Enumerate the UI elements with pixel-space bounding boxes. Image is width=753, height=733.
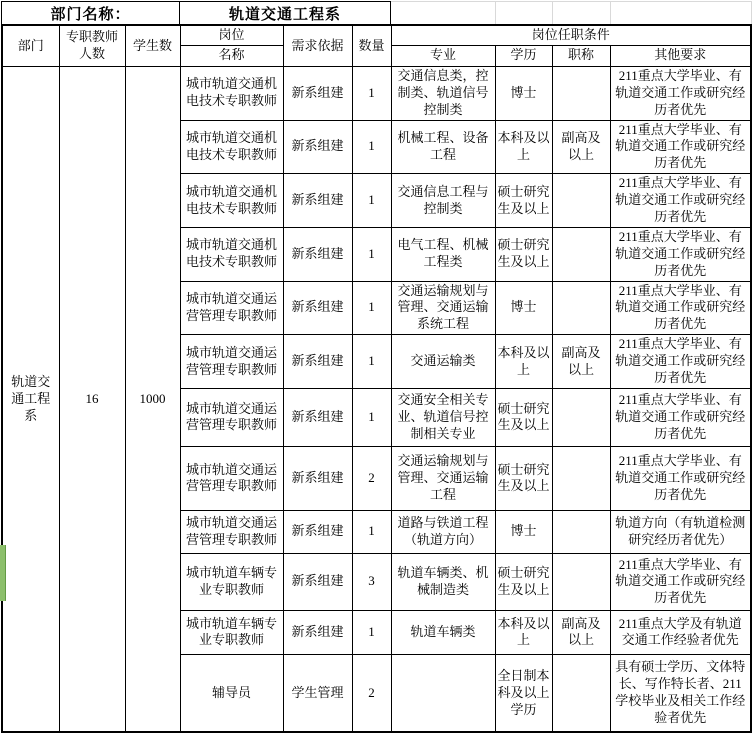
header-student-count: 学生数 — [125, 25, 180, 66]
basis-cell: 新系组建 — [283, 510, 352, 553]
prof-title-cell — [552, 174, 610, 228]
header-degree: 学历 — [495, 45, 552, 66]
header-row-1: 部门 专职教师人数 学生数 岗位 需求依据 数量 岗位任职条件 — [2, 25, 751, 45]
header-basis: 需求依据 — [283, 25, 352, 66]
other-req-cell: 211重点大学及有轨道交通工作经验者优先 — [610, 610, 751, 654]
major-cell: 交通安全相关专业、轨道信号控制相关专业 — [391, 388, 495, 446]
qty-cell: 1 — [352, 335, 391, 389]
prof-title-cell: 副高及以上 — [552, 335, 610, 389]
prof-title-cell — [552, 281, 610, 335]
position-cell: 城市轨道车辆专业专职教师 — [180, 610, 283, 654]
major-cell: 道路与铁道工程（轨道方向） — [391, 510, 495, 553]
degree-cell: 硕士研究生及以上 — [495, 388, 552, 446]
prof-title-cell — [552, 654, 610, 729]
basis-cell: 新系组建 — [283, 335, 352, 389]
degree-cell: 本科及以上 — [495, 120, 552, 174]
qty-cell: 2 — [352, 654, 391, 729]
basis-cell: 新系组建 — [283, 174, 352, 228]
basis-cell: 新系组建 — [283, 610, 352, 654]
qty-cell: 1 — [352, 610, 391, 654]
degree-cell: 博士 — [495, 281, 552, 335]
position-cell: 城市轨道交通运营管理专职教师 — [180, 388, 283, 446]
qty-cell: 1 — [352, 388, 391, 446]
prof-title-cell — [552, 388, 610, 446]
position-cell: 城市轨道交通机电技术专职教师 — [180, 66, 283, 120]
major-cell: 电气工程、机械工程类 — [391, 227, 495, 281]
major-cell: 轨道车辆类、机械制造类 — [391, 553, 495, 610]
other-req-cell: 211重点大学毕业、有轨道交通工作或研究经历者优先 — [610, 174, 751, 228]
major-cell: 交通运输类 — [391, 335, 495, 389]
grid-ghost-area — [391, 1, 752, 24]
prof-title-cell — [552, 66, 610, 120]
prof-title-cell — [552, 227, 610, 281]
qty-cell: 1 — [352, 281, 391, 335]
basis-cell: 新系组建 — [283, 227, 352, 281]
header-department: 部门 — [2, 25, 59, 66]
other-req-cell: 211重点大学毕业、有轨道交通工作或研究经历者优先 — [610, 335, 751, 389]
basis-cell: 新系组建 — [283, 120, 352, 174]
qty-cell: 1 — [352, 120, 391, 174]
degree-cell: 本科及以上 — [495, 610, 552, 654]
qty-cell: 2 — [352, 446, 391, 510]
basis-cell: 新系组建 — [283, 281, 352, 335]
prof-title-cell — [552, 553, 610, 610]
major-cell: 交通信息类，控制类、轨道信号控制类 — [391, 66, 495, 120]
qty-cell: 1 — [352, 174, 391, 228]
position-cell: 城市轨道交通运营管理专职教师 — [180, 281, 283, 335]
other-req-cell: 211重点大学毕业、有轨道交通工作或研究经历者优先 — [610, 120, 751, 174]
degree-cell: 本科及以上 — [495, 335, 552, 389]
position-cell: 城市轨道交通机电技术专职教师 — [180, 120, 283, 174]
summary-teacher-count-cell: 16 — [59, 66, 125, 729]
prof-title-cell: 副高及以上 — [552, 120, 610, 174]
degree-cell: 博士 — [495, 510, 552, 553]
degree-cell: 博士 — [495, 66, 552, 120]
prof-title-cell: 副高及以上 — [552, 610, 610, 654]
position-cell: 城市轨道交通机电技术专职教师 — [180, 174, 283, 228]
position-cell: 城市轨道交通运营管理专职教师 — [180, 510, 283, 553]
other-req-cell: 211重点大学毕业、有轨道交通工作或研究经历者优先 — [610, 446, 751, 510]
basis-cell: 新系组建 — [283, 66, 352, 120]
other-req-cell: 211重点大学毕业、有轨道交通工作或研究经历者优先 — [610, 66, 751, 120]
header-post-name: 名称 — [180, 45, 283, 66]
major-cell — [391, 654, 495, 729]
header-major: 专业 — [391, 45, 495, 66]
dept-name-label: 部门名称： — [1, 1, 180, 24]
other-req-cell: 具有硕士学历、文体特长、写作特长者、211学校毕业及相关工作经验者优先 — [610, 654, 751, 729]
position-cell: 城市轨道交通机电技术专职教师 — [180, 227, 283, 281]
qty-cell: 3 — [352, 553, 391, 610]
header-other: 其他要求 — [610, 45, 751, 66]
basis-cell: 学生管理 — [283, 654, 352, 729]
major-cell: 机械工程、设备工程 — [391, 120, 495, 174]
title-row: 部门名称： 轨道交通工程系 — [1, 1, 752, 24]
position-cell: 城市轨道交通运营管理专职教师 — [180, 446, 283, 510]
position-cell: 辅导员 — [180, 654, 283, 729]
position-cell: 城市轨道车辆专业专职教师 — [180, 553, 283, 610]
dept-name-value: 轨道交通工程系 — [180, 1, 391, 24]
other-req-cell: 轨道方向（有轨道检测研究经历者优先） — [610, 510, 751, 553]
major-cell: 轨道车辆类 — [391, 610, 495, 654]
major-cell: 交通信息工程与控制类 — [391, 174, 495, 228]
other-req-cell: 211重点大学毕业、有轨道交通工作或研究经历者优先 — [610, 227, 751, 281]
header-prof-title: 职称 — [552, 45, 610, 66]
major-cell: 交通运输规划与管理、交通运输系统工程 — [391, 281, 495, 335]
recruitment-table: 部门名称： 轨道交通工程系 部门 专职教师人数 学生数 岗位 需求依据 数量 岗… — [1, 1, 752, 729]
summary-department-cell: 轨道交通工程系 — [2, 66, 59, 729]
prof-title-cell — [552, 510, 610, 553]
degree-cell: 硕士研究生及以上 — [495, 446, 552, 510]
other-req-cell: 211重点大学毕业、有轨道交通工作或研究经历者优先 — [610, 553, 751, 610]
degree-cell: 硕士研究生及以上 — [495, 227, 552, 281]
qty-cell: 1 — [352, 510, 391, 553]
summary-student-count-cell: 1000 — [125, 66, 180, 729]
basis-cell: 新系组建 — [283, 553, 352, 610]
basis-cell: 新系组建 — [283, 446, 352, 510]
table-row: 轨道交通工程系 16 1000 城市轨道交通机电技术专职教师 新系组建 1 交通… — [2, 66, 751, 120]
header-post-group: 岗位 — [180, 25, 283, 45]
degree-cell: 硕士研究生及以上 — [495, 553, 552, 610]
major-cell: 交通运输规划与管理、交通运输工程 — [391, 446, 495, 510]
position-cell: 城市轨道交通运营管理专职教师 — [180, 335, 283, 389]
header-conditions-group: 岗位任职条件 — [391, 25, 751, 45]
other-req-cell: 211重点大学毕业、有轨道交通工作或研究经历者优先 — [610, 388, 751, 446]
prof-title-cell — [552, 446, 610, 510]
header-qty: 数量 — [352, 25, 391, 66]
degree-cell: 硕士研究生及以上 — [495, 174, 552, 228]
other-req-cell: 211重点大学毕业、有轨道交通工作或研究经历者优先 — [610, 281, 751, 335]
positions-table: 部门 专职教师人数 学生数 岗位 需求依据 数量 岗位任职条件 名称 专业 学历… — [1, 24, 752, 729]
basis-cell: 新系组建 — [283, 388, 352, 446]
degree-cell: 全日制本科及以上学历 — [495, 654, 552, 729]
qty-cell: 1 — [352, 227, 391, 281]
green-selection-marker — [0, 545, 6, 601]
header-teacher-count: 专职教师人数 — [59, 25, 125, 66]
qty-cell: 1 — [352, 66, 391, 120]
